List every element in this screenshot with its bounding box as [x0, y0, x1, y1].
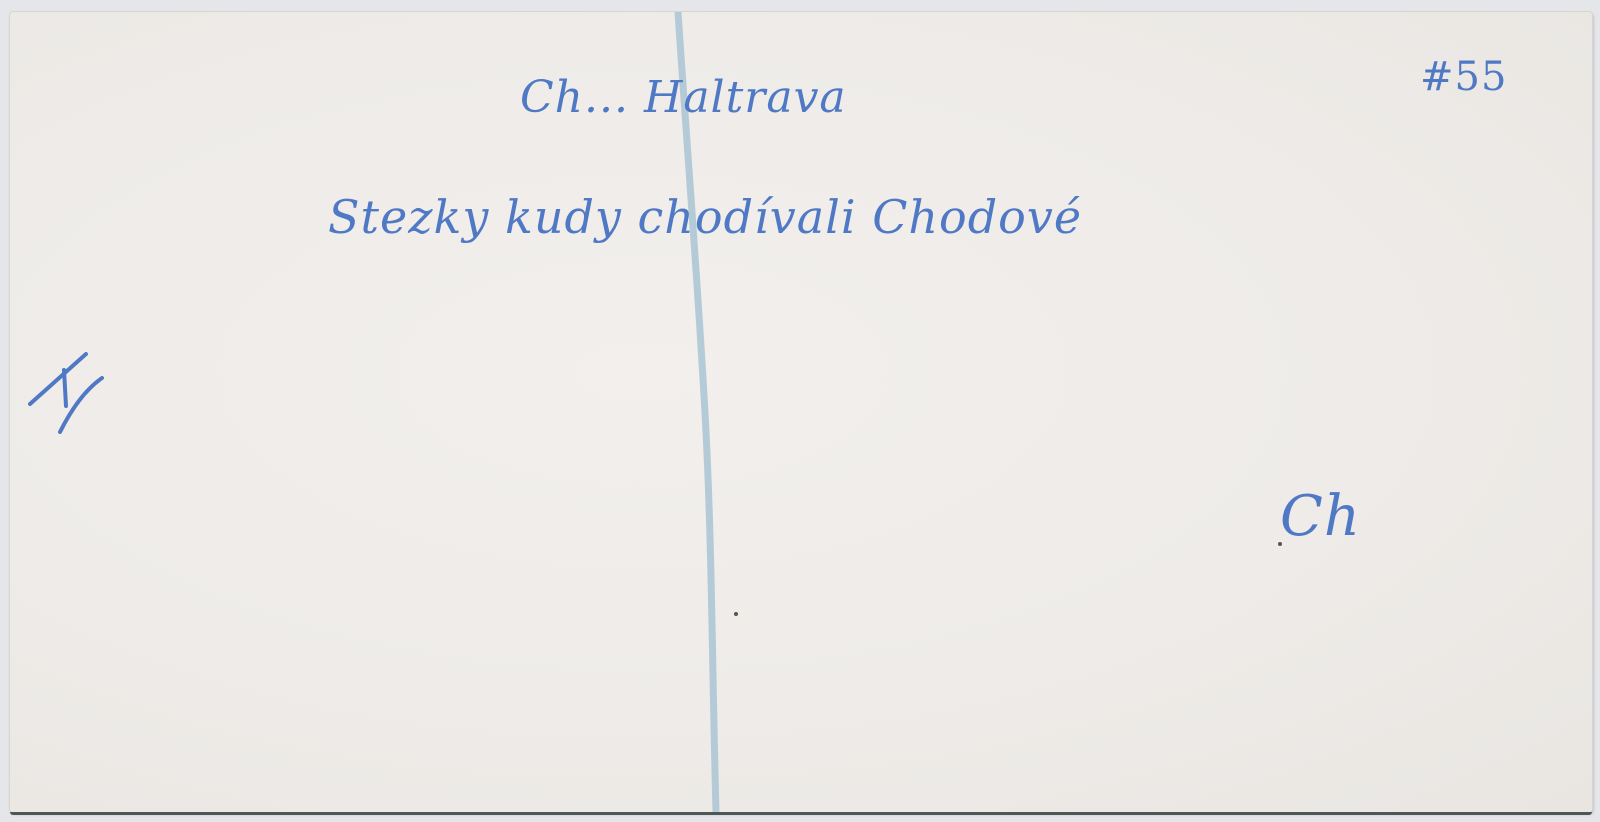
margin-mark-icon [24, 334, 104, 434]
photo-back-card: Ch... Haltrava #55 Stezky kudy chodívali… [10, 12, 1592, 812]
ink-speck [734, 612, 738, 616]
catalog-number: #55 [1420, 54, 1507, 100]
ink-speck [1278, 542, 1282, 546]
title-handwriting: Ch... Haltrava [520, 72, 847, 123]
initials-handwriting: Ch [1280, 484, 1361, 549]
caption-handwriting: Stezky kudy chodívali Chodové [328, 190, 1082, 244]
blue-pencil-vertical-line [10, 12, 1592, 812]
